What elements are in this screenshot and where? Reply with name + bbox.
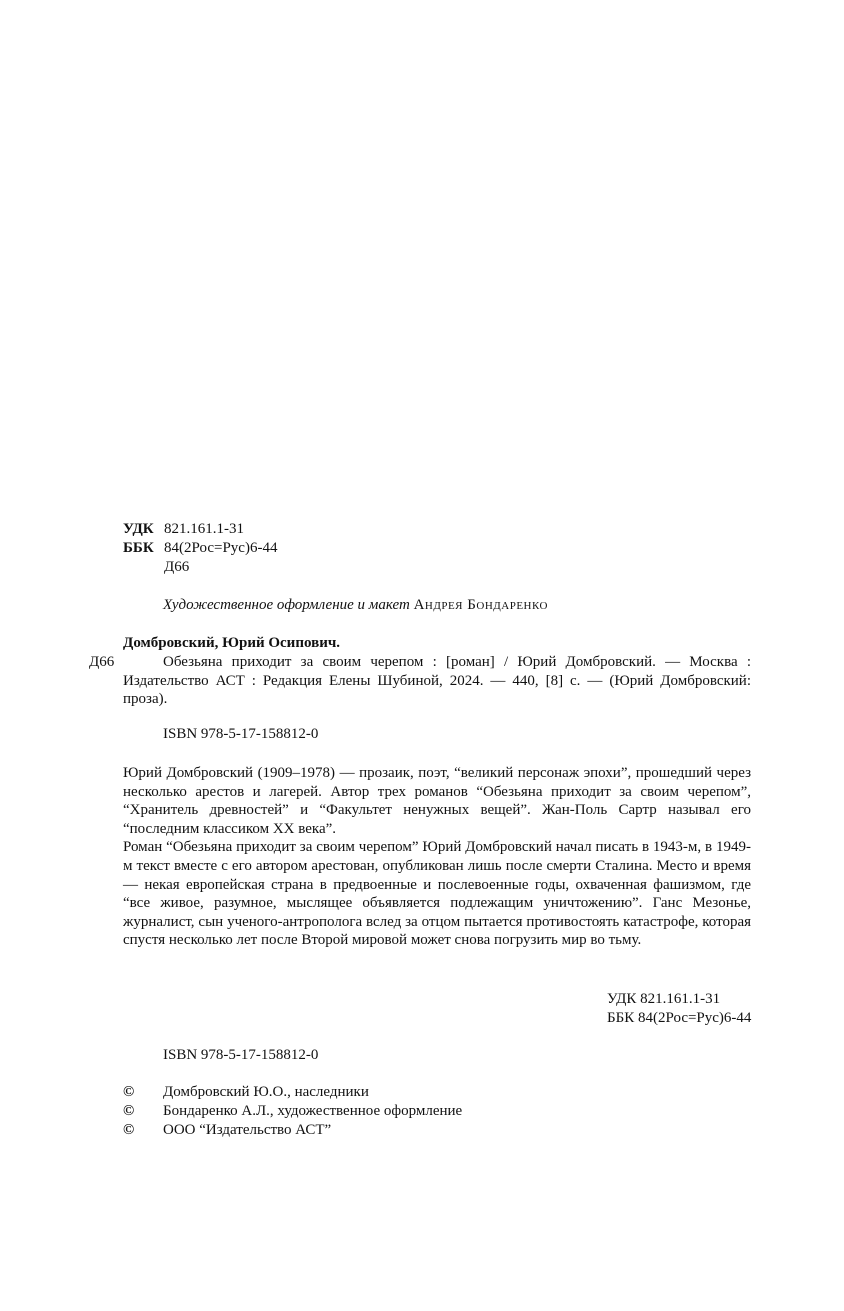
annotation-paragraph: Юрий Домбровский (1909–1978) — прозаик, … bbox=[123, 764, 751, 838]
classification-block: УДК 821.161.1-31 ББК 84(2Рос=Рус)6-44 Д6… bbox=[123, 520, 277, 577]
copyright-row: © Бондаренко А.Л., художественное оформл… bbox=[123, 1102, 462, 1121]
udk-right: УДК 821.161.1-31 bbox=[607, 990, 751, 1009]
bbk-right: ББК 84(2Рос=Рус)6-44 bbox=[607, 1009, 751, 1028]
copyright-page: УДК 821.161.1-31 ББК 84(2Рос=Рус)6-44 Д6… bbox=[0, 0, 844, 1311]
copyright-holder: Домбровский Ю.О., наследники bbox=[163, 1083, 369, 1102]
design-credit: Художественное оформление и макет Андрея… bbox=[163, 596, 548, 614]
author-mark-margin: Д66 bbox=[89, 653, 114, 671]
bbk-label: ББК bbox=[123, 539, 164, 558]
bibliographic-description: Обезьяна приходит за своим черепом : [ро… bbox=[123, 653, 751, 709]
copyright-icon: © bbox=[123, 1121, 163, 1140]
bbk-row: ББК 84(2Рос=Рус)6-44 bbox=[123, 539, 277, 558]
copyright-holder: ООО “Издательство АСТ” bbox=[163, 1121, 331, 1140]
annotation-paragraph: Роман “Обезьяна приходит за своим черепо… bbox=[123, 838, 751, 950]
design-credit-role: Художественное оформление и макет bbox=[163, 597, 410, 613]
author-heading: Домбровский, Юрий Осипович. bbox=[123, 634, 340, 652]
udk-value: 821.161.1-31 bbox=[164, 520, 244, 539]
copyright-icon: © bbox=[123, 1083, 163, 1102]
copyright-row: © ООО “Издательство АСТ” bbox=[123, 1121, 462, 1140]
classification-right: УДК 821.161.1-31 ББК 84(2Рос=Рус)6-44 bbox=[607, 990, 751, 1028]
bbk-value: 84(2Рос=Рус)6-44 bbox=[164, 539, 277, 558]
isbn-record: ISBN 978-5-17-158812-0 bbox=[163, 725, 318, 743]
copyright-icon: © bbox=[123, 1102, 163, 1121]
design-credit-name: Андрея Бондаренко bbox=[414, 597, 548, 613]
copyright-row: © Домбровский Ю.О., наследники bbox=[123, 1083, 462, 1102]
udk-label: УДК bbox=[123, 520, 164, 539]
copyright-holder: Бондаренко А.Л., художественное оформлен… bbox=[163, 1102, 462, 1121]
author-mark-row: Д66 bbox=[123, 558, 277, 577]
isbn-bottom: ISBN 978-5-17-158812-0 bbox=[163, 1046, 318, 1064]
author-mark-value: Д66 bbox=[164, 558, 189, 577]
author-mark-label bbox=[123, 558, 164, 577]
udk-row: УДК 821.161.1-31 bbox=[123, 520, 277, 539]
annotation: Юрий Домбровский (1909–1978) — прозаик, … bbox=[123, 764, 751, 950]
copyright-list: © Домбровский Ю.О., наследники © Бондаре… bbox=[123, 1083, 462, 1140]
